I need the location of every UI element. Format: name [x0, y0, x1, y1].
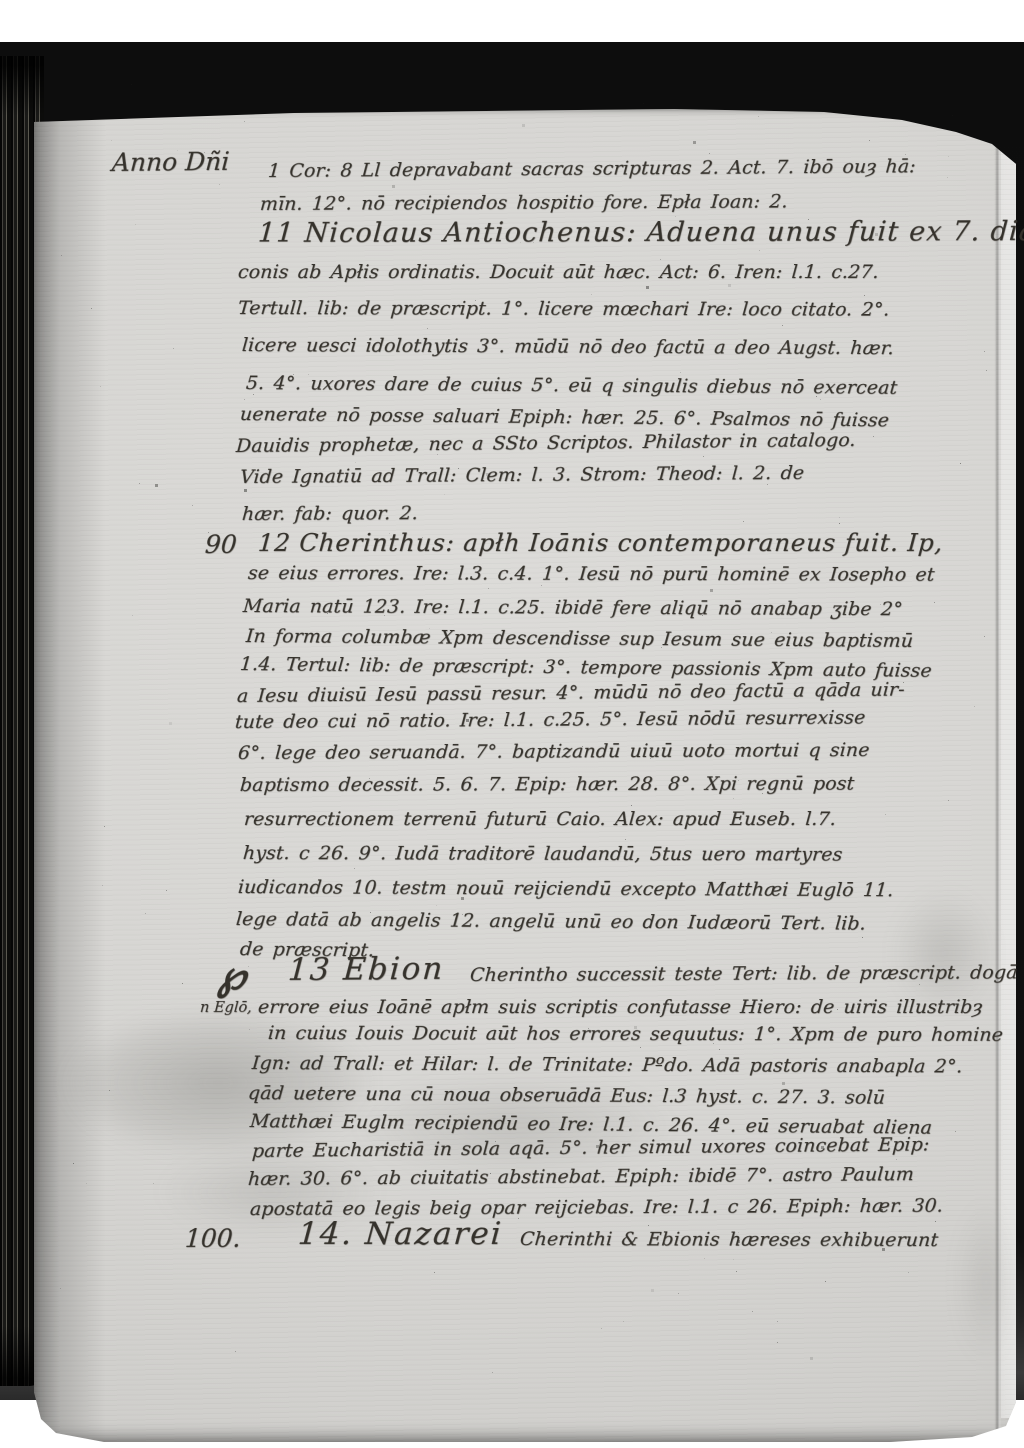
next-page-edge	[1001, 114, 1016, 1418]
page-crease	[995, 116, 1000, 1432]
manuscript-photo-scan: { "colors": { "backdrop": "#ffffff", "ph…	[0, 0, 1024, 1448]
paper-speckles	[0, 42, 1, 43]
photo-background	[0, 42, 1024, 1400]
manuscript-page	[34, 106, 1016, 1442]
